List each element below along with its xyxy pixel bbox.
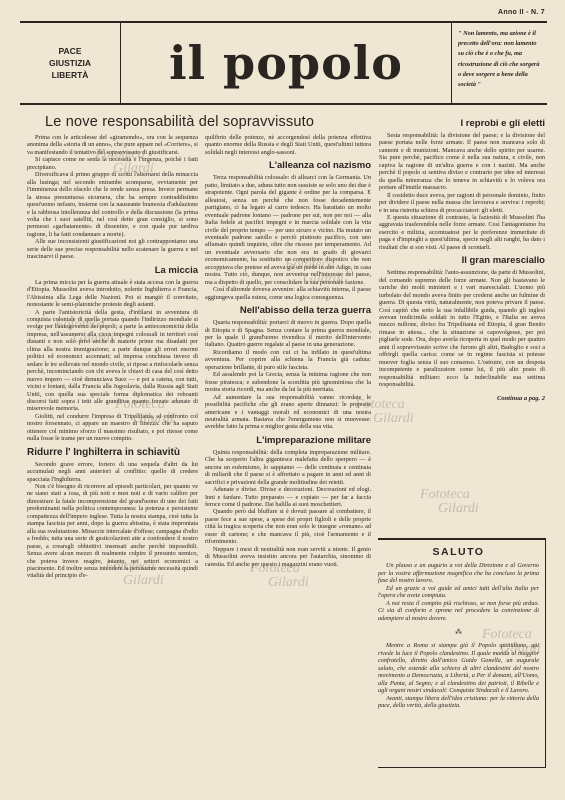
motto-giustizia: GIUSTIZIA [49, 57, 91, 69]
saluto-title: SALUTO [378, 546, 539, 558]
motto-box: PACE GIUSTIZIA LIBERTÀ [20, 23, 121, 103]
paragraph: Giolitti, nel condurre l'impresa di Trip… [27, 413, 198, 443]
article-column-2: quilibrio delle potenze, nè accorgendosi… [205, 134, 371, 568]
subheading-la-miccia: La miccia [27, 265, 198, 276]
paragraph: La prima miccia per la guerra attuale è … [27, 279, 198, 309]
paragraph: Sesta responsabilità: la divisione del p… [379, 132, 545, 192]
paragraph: Quinta responsabilità: della completa im… [205, 449, 371, 486]
paragraph: Ed assalendo poi la Grecia, senza la min… [205, 371, 371, 393]
main-headline: Le nove responsabilità del sopravvissuto [45, 114, 365, 130]
asterism-separator: ⁂ [378, 628, 539, 636]
paragraph: Ed un grazie a voi guide ed amici tutti … [378, 585, 539, 600]
newspaper-page: Anno II - N. 7 PACE GIUSTIZIA LIBERTÀ il… [0, 0, 565, 800]
paragraph: Secondo grave errore, foriero di una seq… [27, 461, 198, 483]
paragraph: Diversificava il primo gruppo di scritti… [27, 171, 198, 238]
subheading-inghilterra: Ridurre l' Inghilterra in schiavitù [27, 447, 198, 458]
paragraph: quilibrio delle potenze, nè accorgendosi… [205, 134, 371, 156]
saluto-box: SALUTO Un plauso e un augurio a voi dell… [378, 538, 546, 768]
paragraph: Quarta responsabilità: portarci di nuovo… [205, 319, 371, 349]
paragraph: Ricordiamo il modo con cui ci ha infilat… [205, 349, 371, 371]
paragraph: Neppure i mesi di neutralità non eran se… [205, 546, 371, 568]
paragraph: Ad aumentare la sua responsabilità vanno… [205, 394, 371, 431]
paragraph: E questa situazione di contrasto, la faz… [379, 214, 545, 251]
subheading-alleanza: L'alleanza col nazismo [205, 160, 371, 171]
paragraph: Quando però dal bluffare si è dovuti pas… [205, 508, 371, 545]
issue-number: Anno II - N. 7 [498, 9, 545, 16]
paragraph: Prima con le articolesse del «giramondo»… [27, 134, 198, 156]
masthead: PACE GIUSTIZIA LIBERTÀ il popolo " Non l… [20, 21, 547, 105]
article-column-1: Prima con le articolesse del «giramondo»… [27, 134, 198, 580]
paragraph: Alle sue inconsistenti giustificazioni n… [27, 238, 198, 260]
subheading-terza-guerra: Nell'abisso della terza guerra [205, 305, 371, 316]
motto-pace: PACE [59, 45, 82, 57]
paragraph: Terza responsabilità colossale: di allea… [205, 174, 371, 286]
motto-liberta: LIBERTÀ [52, 69, 89, 81]
paragraph: Avanti, stampa libera dell'idea cristian… [378, 695, 539, 710]
paragraph: Non c'è bisogno di ricorrere ad episodi … [27, 483, 198, 580]
masthead-quote: " Non lamento, ma azione è il precetto d… [451, 23, 547, 103]
subheading-reprobi: I reprobi e gli eletti [379, 118, 545, 129]
newspaper-title: il popolo [121, 23, 451, 103]
paragraph: Il cosidetto duce aveva, per ragioni di … [379, 192, 545, 214]
paragraph: Si capisce come ne senta la necessità e … [27, 156, 198, 171]
paragraph: Settima responsabilità: l'auto-assunzion… [379, 269, 545, 388]
paragraph: A parte l'antistoricità della gesta, d'i… [27, 309, 198, 413]
watermark: FototecaGilardi [420, 488, 479, 516]
paragraph: A noi resta il compito più rischioso, se… [378, 600, 539, 623]
article-column-3: I reprobi e gli eletti Sesta responsabil… [379, 118, 545, 402]
paragraph: Un plauso e un augurio a voi della Direz… [378, 562, 539, 585]
continued-on-page-2: Continua a pag. 2 [379, 395, 545, 402]
subheading-impreparazione: L'impreparazione militare [205, 435, 371, 446]
paragraph: Mentre a Roma si stampa già il Popolo qu… [378, 642, 539, 695]
paragraph: Così d'altronde doveva avvenire: alla sc… [205, 286, 371, 301]
paragraph: Adunate e divise. Divise e decorazioni. … [205, 486, 371, 508]
subheading-gran-maresciallo: Il gran maresciallo [379, 255, 545, 266]
